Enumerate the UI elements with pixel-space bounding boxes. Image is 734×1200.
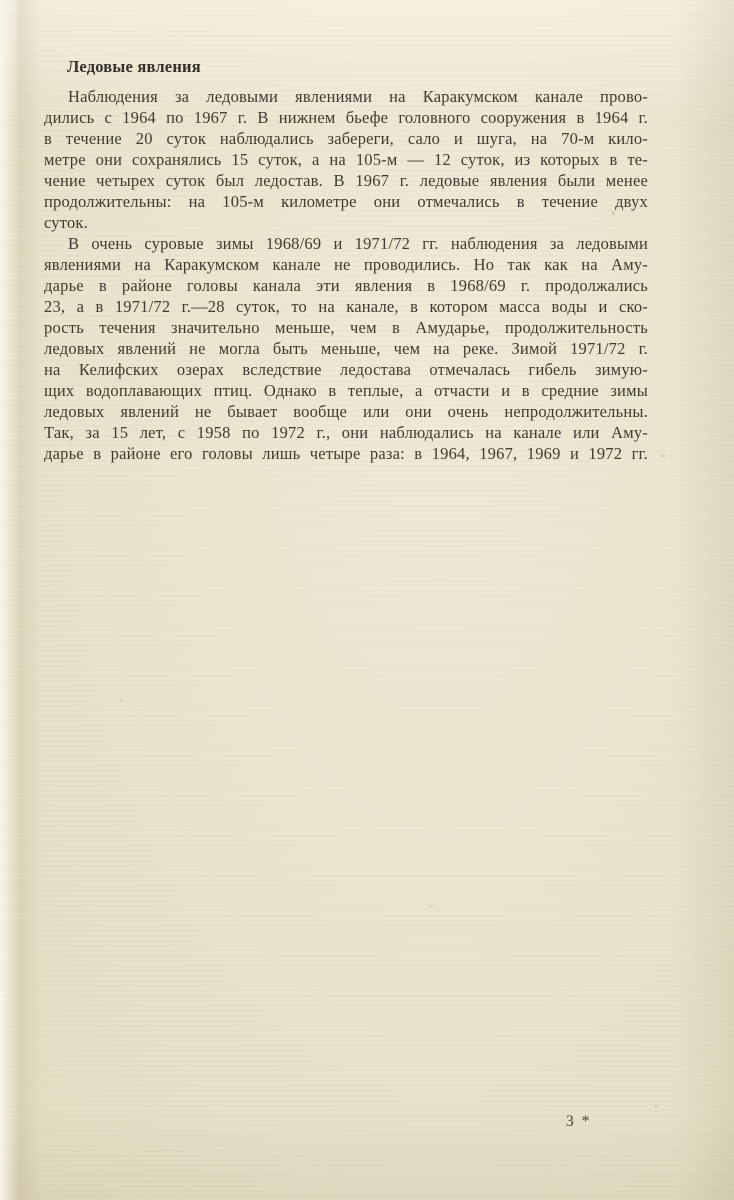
text-line: щих водоплавающих птиц. Однако в теплые,… — [44, 380, 648, 401]
text-line: продолжительны: на 105-м километре они о… — [44, 191, 648, 212]
text-line: чение четырех суток был ледостав. В 1967… — [44, 170, 648, 191]
paragraph: Наблюдения за ледовыми явлениями на Кара… — [44, 86, 648, 233]
text-line: в течение 20 суток наблюдались забереги,… — [44, 128, 648, 149]
text-line: дились с 1964 по 1967 г. В нижнем бьефе … — [44, 107, 648, 128]
text-line: Наблюдения за ледовыми явлениями на Кара… — [44, 86, 648, 107]
text-line: на Келифских озерах вследствие ледостава… — [44, 359, 648, 380]
page-text-block: Ледовые явления Наблюдения за ледовыми я… — [44, 56, 648, 464]
paper-specks — [0, 0, 2, 2]
text-line: метре они сохранялись 15 суток, а на 105… — [44, 149, 648, 170]
text-line: дарье в районе головы канала эти явления… — [44, 275, 648, 296]
text-line: Так, за 15 лет, с 1958 по 1972 г., они н… — [44, 422, 648, 443]
text-line: В очень суровые зимы 1968/69 и 1971/72 г… — [44, 233, 648, 254]
text-line: ледовых явлений не бывает вообще или они… — [44, 401, 648, 422]
section-heading: Ледовые явления — [44, 56, 648, 77]
text-line: ледовых явлений не могла быть меньше, че… — [44, 338, 648, 359]
signature-mark: 3 * — [566, 1113, 591, 1131]
text-line: 23, а в 1971/72 г.—28 суток, то на канал… — [44, 296, 648, 317]
text-line: дарье в районе его головы лишь четыре ра… — [44, 443, 648, 464]
text-line: явлениями на Каракумском канале не прово… — [44, 254, 648, 275]
paragraph: В очень суровые зимы 1968/69 и 1971/72 г… — [44, 233, 648, 464]
scanned-book-page: Ледовые явления Наблюдения за ледовыми я… — [0, 0, 734, 1200]
text-line: суток. — [44, 212, 648, 233]
text-line: рость течения значительно меньше, чем в … — [44, 317, 648, 338]
